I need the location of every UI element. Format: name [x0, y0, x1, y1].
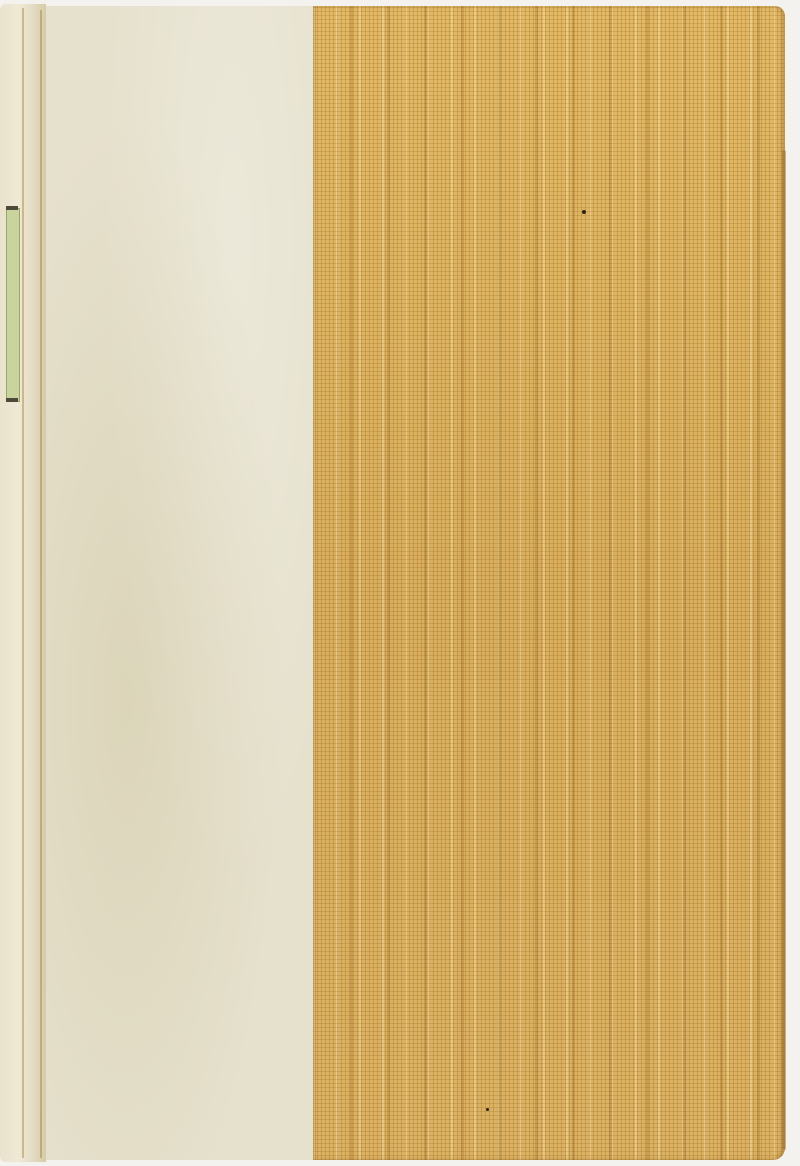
cover-right-edge: [782, 150, 786, 1150]
spine-groove: [22, 8, 24, 1158]
spine-hinge: [40, 10, 42, 1158]
cloth-covered-panel: [313, 6, 785, 1160]
spine-label-top-cap: [6, 206, 18, 210]
cover-blemish: [486, 1108, 489, 1111]
paper-covered-panel: [46, 6, 314, 1160]
spine-label-text: [7, 223, 19, 393]
cover-blemish: [582, 210, 586, 214]
spine-label: [6, 208, 20, 402]
book-cover: [0, 0, 800, 1166]
spine-label-bottom-cap: [6, 398, 18, 402]
